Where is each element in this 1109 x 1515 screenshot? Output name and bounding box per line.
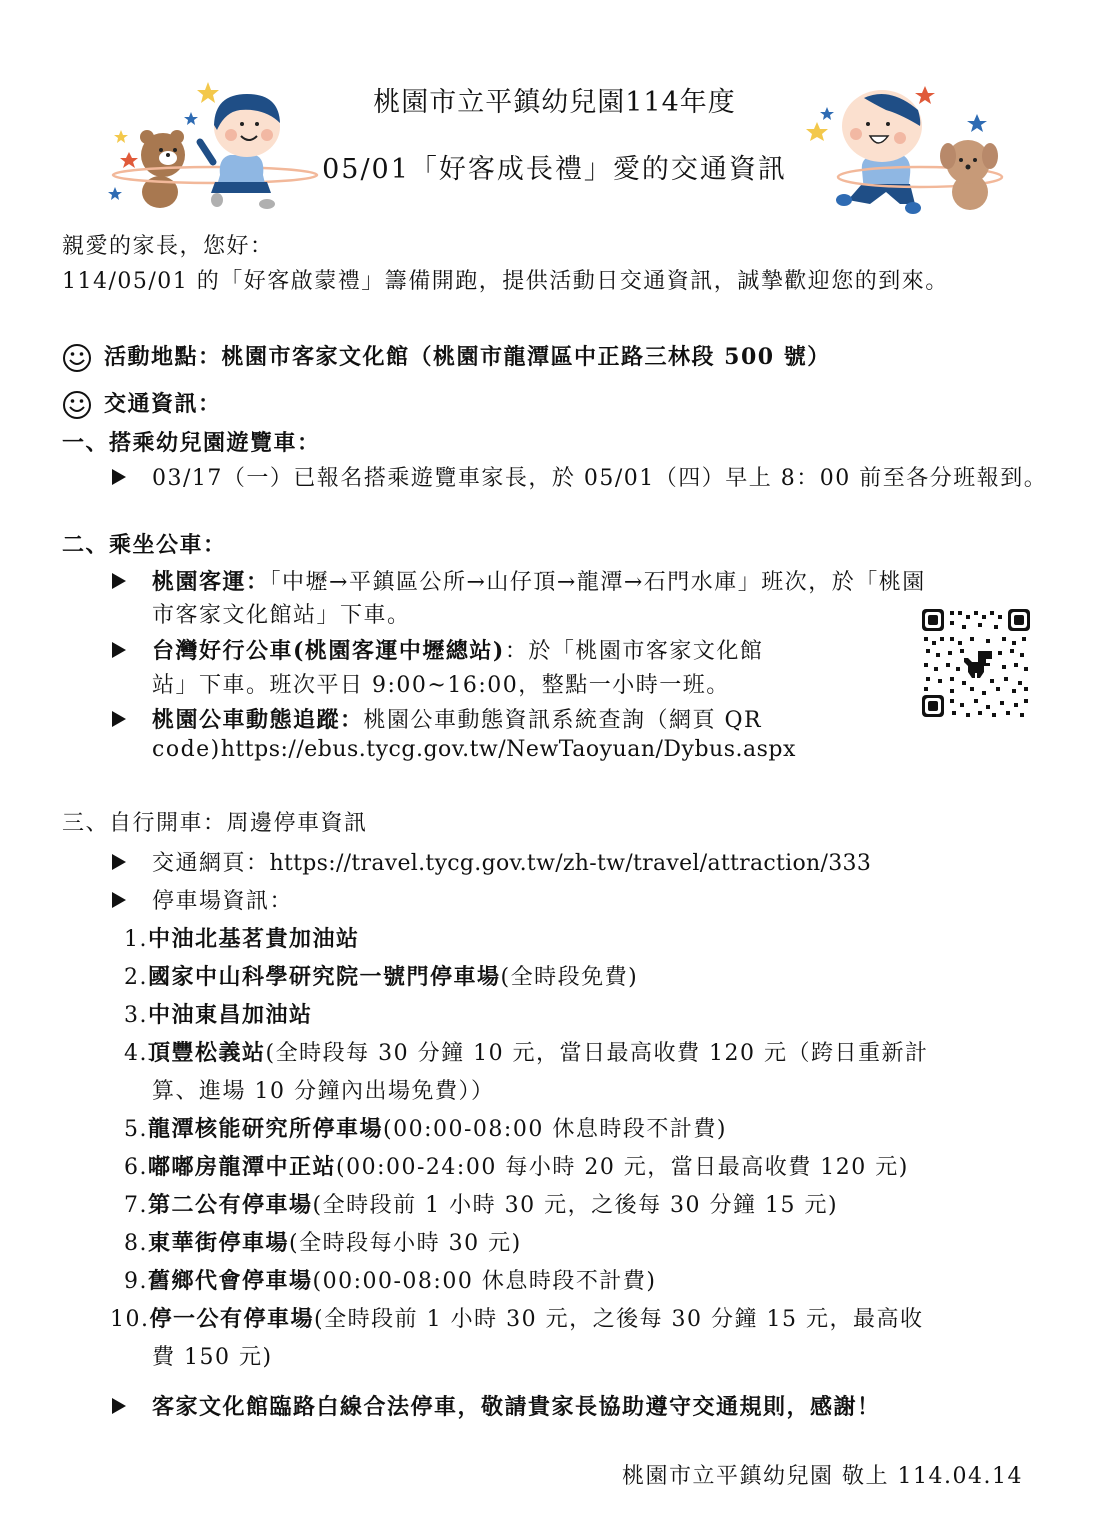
transport-label: 交通資訊： — [104, 391, 222, 417]
arrow-bullet-icon — [112, 854, 126, 870]
parking-list-item: 5.龍潭核能研究所停車場(00:00-08:00 休息時段不計費) — [124, 1112, 727, 1143]
arrow-bullet-icon — [112, 642, 126, 658]
bus-item-taoyuan-bus: 桃園客運：「中壢→平鎮區公所→山仔頂→龍潭→石門水庫」班次，於「桃園 — [112, 565, 926, 596]
parking-list-item: 3.中油東昌加油站 — [124, 998, 313, 1029]
arrow-bullet-icon — [112, 573, 126, 589]
ebus-link[interactable]: https://ebus.tycg.gov.tw/NewTaoyuan/Dybu… — [221, 737, 796, 762]
page-title: 桃園市立平鎮幼兒園114年度 — [0, 80, 1109, 119]
parking-info-label: 停車場資訊： — [112, 884, 293, 915]
bus-item-taoyuan-bus-cont: 市客家文化館站」下車。 — [152, 598, 411, 629]
parking-list-item: 1.中油北基茗貴加油站 — [124, 922, 360, 953]
parking-list-item: 6.嘟嘟房龍潭中正站(00:00-24:00 每小時 20 元，當日最高收費 1… — [124, 1150, 909, 1181]
smiley-icon — [62, 343, 92, 373]
transport-heading: 交通資訊： — [62, 387, 222, 420]
parking-list-item: 8.東華街停車場(全時段每小時 30 元) — [124, 1226, 522, 1257]
greeting-intro: 114/05/01 的「好客啟蒙禮」籌備開跑，提供活動日交通資訊，誠摯歡迎您的到… — [62, 264, 949, 295]
parking-list-item: 9.舊鄉代會停車場(00:00-08:00 休息時段不計費) — [124, 1264, 656, 1295]
location-label: 活動地點：桃園市客家文化館（桃園市龍潭區中正路三林段 500 號） — [104, 344, 831, 370]
star-icon — [806, 122, 828, 141]
smiley-icon — [62, 390, 92, 420]
bus-item-tracking-cont: code)https://ebus.tycg.gov.tw/NewTaoyuan… — [152, 737, 796, 762]
bus-item-tracking: 桃園公車動態追蹤：桃園公車動態資訊系統查詢（網頁 QR — [112, 703, 762, 734]
arrow-bullet-icon — [112, 1398, 126, 1414]
arrow-bullet-icon — [112, 711, 126, 727]
greeting-salutation: 親愛的家長，您好： — [62, 229, 274, 260]
section1-item: 03/17（一）已報名搭乘遊覽車家長，於 05/01（四）早上 8：00 前至各… — [112, 461, 1047, 492]
parking-list-item: 2.國家中山科學研究院一號門停車場(全時段免費) — [124, 960, 638, 991]
event-location: 活動地點：桃園市客家文化館（桃園市龍潭區中正路三林段 500 號） — [62, 340, 831, 373]
section3-heading: 三、自行開車：周邊停車資訊 — [62, 806, 368, 837]
arrow-bullet-icon — [112, 469, 126, 485]
parking-list-item-cont: 費 150 元) — [152, 1340, 273, 1371]
section2-heading: 二、乘坐公車： — [62, 528, 227, 559]
qr-code-image[interactable] — [920, 607, 1032, 719]
parking-list-item: 10.停一公有停車場(全時段前 1 小時 30 元，之後每 30 分鐘 15 元… — [110, 1302, 924, 1333]
arrow-bullet-icon — [112, 892, 126, 908]
traffic-webpage: 交通網頁：https://travel.tycg.gov.tw/zh-tw/tr… — [112, 846, 871, 877]
parking-list-item: 7.第二公有停車場(全時段前 1 小時 30 元，之後每 30 分鐘 15 元) — [124, 1188, 838, 1219]
parking-list-item: 4.頂豐松義站(全時段每 30 分鐘 10 元，當日最高收費 120 元（跨日重… — [124, 1036, 929, 1067]
page-subtitle: 05/01「好客成長禮」愛的交通資訊 — [0, 147, 1109, 186]
bus-item-taiwan-tourist-shuttle: 台灣好行公車(桃園客運中壢總站)：於「桃園市客家文化館 — [112, 634, 763, 665]
bus-item-taiwan-tourist-shuttle-cont: 站」下車。班次平日 9:00~16:00，整點一小時一班。 — [152, 668, 730, 699]
parking-list-item-cont: 算、進場 10 分鐘內出場免費）） — [152, 1074, 494, 1105]
star-icon — [108, 187, 122, 200]
travel-link[interactable]: https://travel.tycg.gov.tw/zh-tw/travel/… — [270, 851, 872, 876]
section1-heading: 一、搭乘幼兒園遊覽車： — [62, 426, 321, 457]
star-icon — [114, 130, 128, 143]
parking-notice: 客家文化館臨路白線合法停車，敬請貴家長協助遵守交通規則，感謝！ — [112, 1390, 881, 1421]
footer-signature: 桃園市立平鎮幼兒園 敬上 114.04.14 — [622, 1459, 1023, 1490]
